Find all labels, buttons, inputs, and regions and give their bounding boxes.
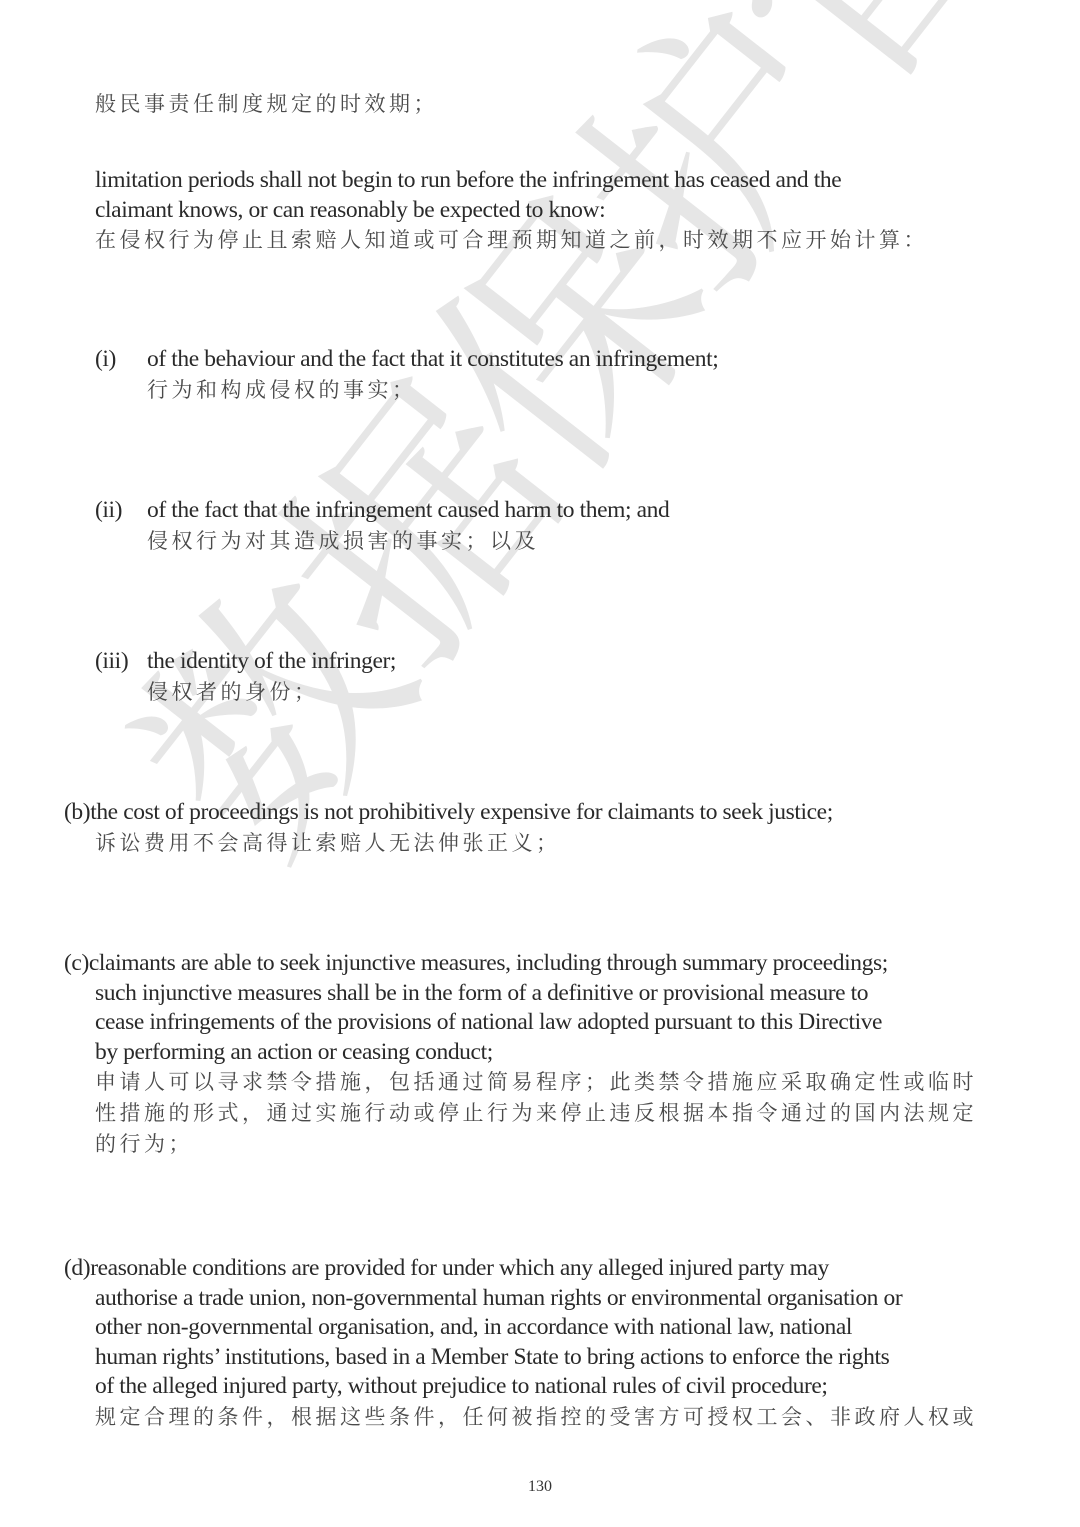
subitem-en: of the fact that the infringement caused… (147, 496, 669, 526)
intro-en-line-2: claimant knows, or can reasonably be exp… (95, 196, 928, 226)
item-en-line-1: reasonable conditions are provided for u… (90, 1255, 829, 1281)
item-cn-line-2: 性措施的形式，通过实施行动或停止行为来停止违反根据本指令通过的国内法规定 (95, 1098, 977, 1129)
item-label: (c) (64, 950, 89, 976)
item-cn-line-1: 申请人可以寻求禁令措施，包括通过简易程序；此类禁令措施应采取确定性或临时 (95, 1067, 977, 1098)
item-en-line-1: claimants are able to seek injunctive me… (89, 950, 888, 976)
item-d: (d)reasonable conditions are provided fo… (64, 1254, 977, 1433)
subitem-iii: (iii) the identity of the infringer; 侵权者… (95, 647, 396, 708)
subitem-i: (i) of the behaviour and the fact that i… (95, 345, 718, 406)
intro-en-line-1: limitation periods shall not begin to ru… (95, 166, 928, 196)
item-label: (b) (64, 799, 90, 825)
item-en-line-2: such injunctive measures shall be in the… (95, 979, 977, 1009)
item-b: (b)the cost of proceedings is not prohib… (64, 798, 833, 859)
item-cn-line-3: 的行为； (95, 1129, 977, 1160)
subitem-cn: 侵权行为对其造成损害的事实；以及 (147, 526, 669, 557)
top-cn-line: 般民事责任制度规定的时效期； (95, 89, 438, 120)
item-en-line-4: by performing an action or ceasing condu… (95, 1038, 977, 1068)
item-en-line-3: other non-governmental organisation, and… (95, 1313, 977, 1343)
item-cn-line-1: 诉讼费用不会高得让索赔人无法伸张正义； (95, 828, 833, 859)
subitem-cn: 行为和构成侵权的事实； (147, 375, 718, 406)
subitem-label: (i) (95, 345, 116, 375)
subitem-en: the identity of the infringer; (147, 647, 396, 677)
item-en-line-1: the cost of proceedings is not prohibiti… (90, 799, 833, 825)
subitem-cn: 侵权者的身份； (147, 677, 396, 708)
item-c: (c)claimants are able to seek injunctive… (64, 949, 977, 1160)
item-en-line-2: authorise a trade union, non-governmenta… (95, 1284, 977, 1314)
watermark-text: 数据保护官沙龙 (40, 0, 1080, 912)
subitem-label: (ii) (95, 496, 122, 526)
item-en-line-5: of the alleged injured party, without pr… (95, 1372, 977, 1402)
intro-cn-line: 在侵权行为停止且索赔人知道或可合理预期知道之前，时效期不应开始计算： (95, 225, 928, 256)
subitem-ii: (ii) of the fact that the infringement c… (95, 496, 669, 557)
item-label: (d) (64, 1255, 90, 1281)
item-cn-line-1: 规定合理的条件，根据这些条件，任何被指控的受害方可授权工会、非政府人权或 (95, 1402, 977, 1433)
subitem-label: (iii) (95, 647, 128, 677)
item-en-line-3: cease infringements of the provisions of… (95, 1008, 977, 1038)
subitem-en: of the behaviour and the fact that it co… (147, 345, 718, 375)
page-number: 130 (0, 1478, 1080, 1496)
intro-paragraph: limitation periods shall not begin to ru… (95, 166, 928, 256)
item-en-line-4: human rights’ institutions, based in a M… (95, 1343, 977, 1373)
